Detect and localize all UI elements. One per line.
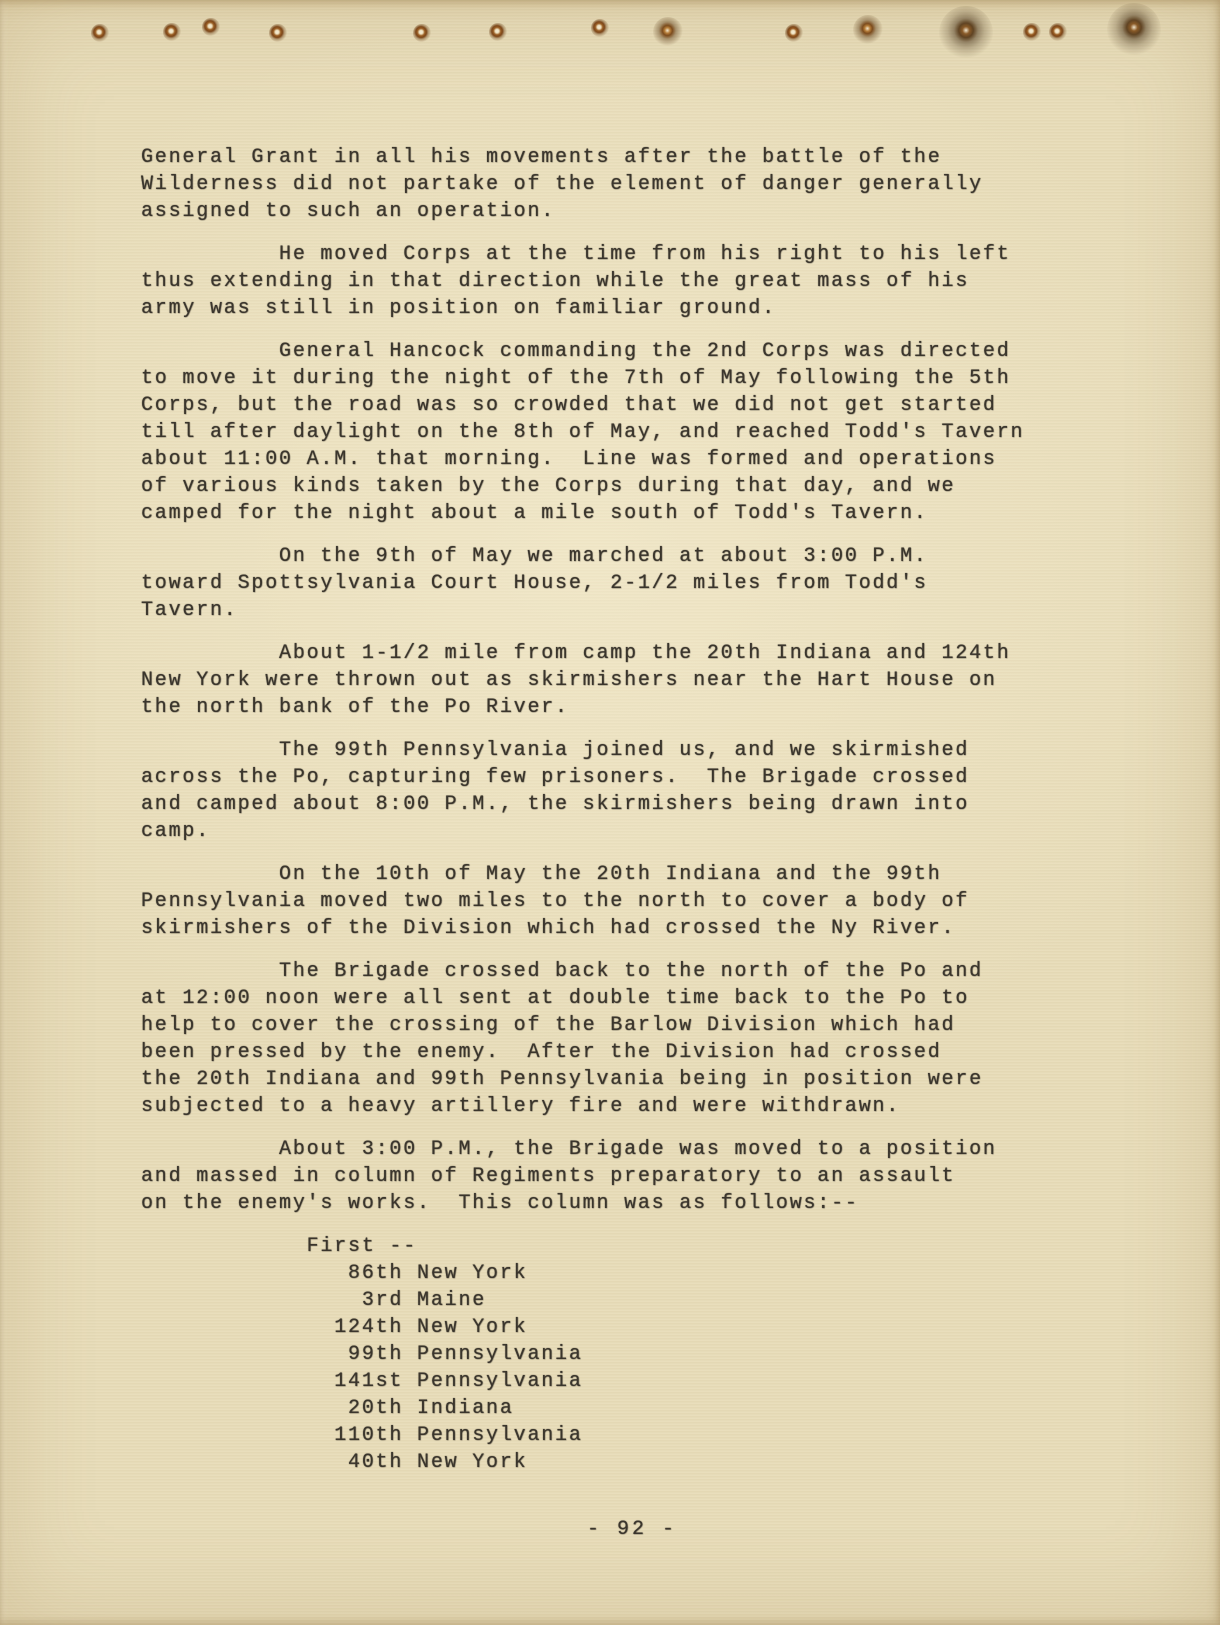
- rust-hole-mark: [269, 24, 287, 42]
- rust-hole-mark: [785, 24, 803, 42]
- typed-line: the 20th Indiana and 99th Pennsylvania b…: [141, 1066, 1024, 1093]
- typed-line: been pressed by the enemy. After the Div…: [141, 1039, 1024, 1066]
- typed-line: toward Spottsylvania Court House, 2-1/2 …: [141, 570, 1024, 597]
- paragraph-hancock-2nd-corps: General Hancock commanding the 2nd Corps…: [141, 338, 1024, 527]
- typed-line: and camped about 8:00 P.M., the skirmish…: [141, 791, 1024, 818]
- typed-line: About 3:00 P.M., the Brigade was moved t…: [141, 1136, 1024, 1163]
- typed-line: about 11:00 A.M. that morning. Line was …: [141, 446, 1024, 473]
- typed-line: camped for the night about a mile south …: [141, 500, 1024, 527]
- typed-text-body: General Grant in all his movements after…: [141, 144, 1024, 1492]
- typed-line: 86th New York: [141, 1260, 1024, 1287]
- scanned-paper-background: General Grant in all his movements after…: [0, 0, 1220, 1625]
- typed-line: on the enemy's works. This column was as…: [141, 1190, 1024, 1217]
- rust-hole-mark: [653, 17, 683, 47]
- regiment-column-list: First -- 86th New York 3rd Maine 124th N…: [141, 1233, 1024, 1476]
- typed-line: About 1-1/2 mile from camp the 20th Indi…: [141, 640, 1024, 667]
- paragraph-assault-column: About 3:00 P.M., the Brigade was moved t…: [141, 1136, 1024, 1217]
- typed-line: 99th Pennsylvania: [141, 1341, 1024, 1368]
- paragraph-grant-movements: General Grant in all his movements after…: [141, 144, 1024, 225]
- typed-line: subjected to a heavy artillery fire and …: [141, 1093, 1024, 1120]
- typed-line: The Brigade crossed back to the north of…: [141, 958, 1024, 985]
- typed-line: On the 9th of May we marched at about 3:…: [141, 543, 1024, 570]
- typed-line: Wilderness did not partake of the elemen…: [141, 171, 1024, 198]
- typed-line: till after daylight on the 8th of May, a…: [141, 419, 1024, 446]
- typed-line: Pennsylvania moved two miles to the nort…: [141, 888, 1024, 915]
- typed-line: assigned to such an operation.: [141, 198, 1024, 225]
- typed-line: First --: [141, 1233, 1024, 1260]
- paragraph-10th-may-ny-river: On the 10th of May the 20th Indiana and …: [141, 861, 1024, 942]
- typed-line: and massed in column of Regiments prepar…: [141, 1163, 1024, 1190]
- typed-line: to move it during the night of the 7th o…: [141, 365, 1024, 392]
- rust-hole-mark: [1107, 3, 1161, 57]
- typed-line: Tavern.: [141, 597, 1024, 624]
- rust-hole-mark: [91, 24, 109, 42]
- typed-line: General Hancock commanding the 2nd Corps…: [141, 338, 1024, 365]
- typed-line: General Grant in all his movements after…: [141, 144, 1024, 171]
- rust-hole-mark: [591, 19, 609, 37]
- typed-line: The 99th Pennsylvania joined us, and we …: [141, 737, 1024, 764]
- typed-line: On the 10th of May the 20th Indiana and …: [141, 861, 1024, 888]
- typed-line: Corps, but the road was so crowded that …: [141, 392, 1024, 419]
- typed-line: 3rd Maine: [141, 1287, 1024, 1314]
- typed-line: of various kinds taken by the Corps duri…: [141, 473, 1024, 500]
- rust-hole-mark: [489, 23, 507, 41]
- typed-line: skirmishers of the Division which had cr…: [141, 915, 1024, 942]
- typed-line: 20th Indiana: [141, 1395, 1024, 1422]
- typed-line: army was still in position on familiar g…: [141, 295, 1024, 322]
- typed-line: He moved Corps at the time from his righ…: [141, 241, 1024, 268]
- typed-line: 110th Pennsylvania: [141, 1422, 1024, 1449]
- paragraph-skirmishers-hart-house: About 1-1/2 mile from camp the 20th Indi…: [141, 640, 1024, 721]
- typed-line: at 12:00 noon were all sent at double ti…: [141, 985, 1024, 1012]
- rust-hole-mark: [1023, 23, 1041, 41]
- rust-hole-mark: [413, 24, 431, 42]
- rust-hole-mark: [939, 6, 993, 60]
- rust-hole-mark: [202, 18, 220, 36]
- typed-line: help to cover the crossing of the Barlow…: [141, 1012, 1024, 1039]
- typed-line: 124th New York: [141, 1314, 1024, 1341]
- paragraph-corps-movement: He moved Corps at the time from his righ…: [141, 241, 1024, 322]
- rust-hole-mark: [163, 23, 181, 41]
- typed-line: the north bank of the Po River.: [141, 694, 1024, 721]
- typed-line: 40th New York: [141, 1449, 1024, 1476]
- rust-hole-mark: [1049, 23, 1067, 41]
- paragraph-brigade-crossed-back: The Brigade crossed back to the north of…: [141, 958, 1024, 1120]
- typed-line: thus extending in that direction while t…: [141, 268, 1024, 295]
- typed-line: across the Po, capturing few prisoners. …: [141, 764, 1024, 791]
- page-number: - 92 -: [22, 1516, 1220, 1543]
- typed-line: camp.: [141, 818, 1024, 845]
- typed-line: 141st Pennsylvania: [141, 1368, 1024, 1395]
- paragraph-99th-pennsylvania-joined: The 99th Pennsylvania joined us, and we …: [141, 737, 1024, 845]
- paragraph-march-9th-may: On the 9th of May we marched at about 3:…: [141, 543, 1024, 624]
- rust-hole-mark: [853, 15, 883, 45]
- typed-line: New York were thrown out as skirmishers …: [141, 667, 1024, 694]
